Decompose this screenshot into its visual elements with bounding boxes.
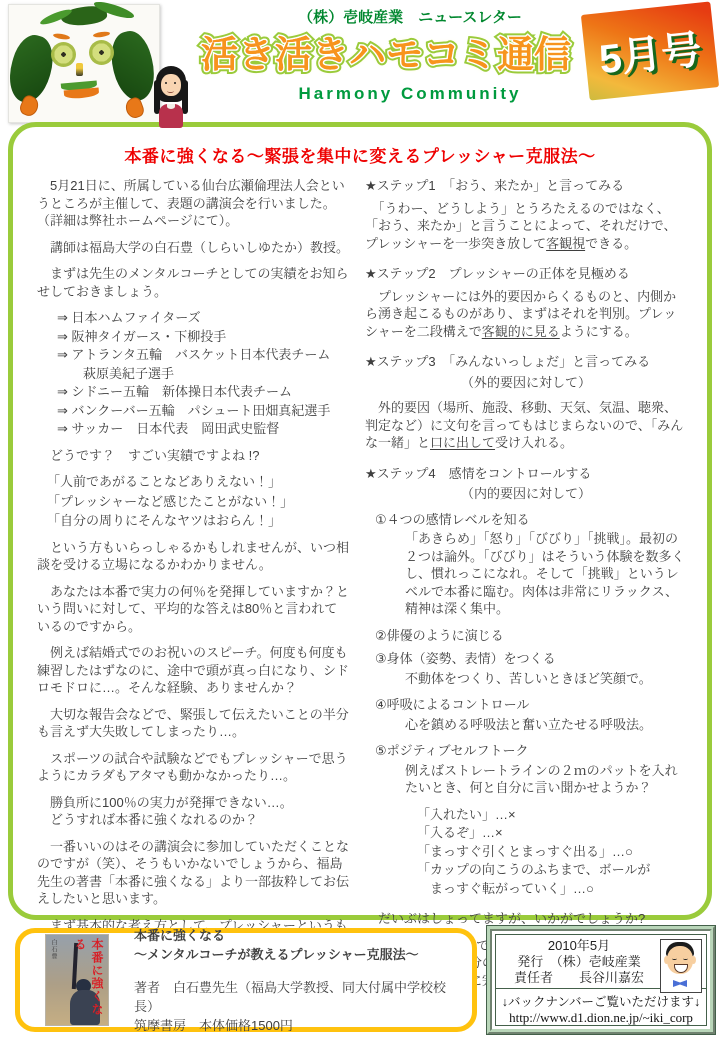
book-cover-author: 白石豊 <box>49 939 58 960</box>
newsletter-title: 活き活きハモコミ通信 活き活きハモコミ通信 活き活きハモコミ通信 <box>176 24 596 80</box>
woman-eye <box>165 82 167 84</box>
paragraph: 講師は福島大学の白石豊（しらいしゆたか）教授。 <box>37 239 349 257</box>
paragraph: どうすれば本番に強くなれるのか？ <box>37 811 349 829</box>
publisher-box-inner: 2010年5月 発行 （株）壱岐産業 責任者 長谷川嘉宏 ↓バックナンバーご覧い… <box>495 934 707 1026</box>
example-line: 「まっすぐ引くとまっすぐ出る」…○ <box>417 843 687 861</box>
book-price-line: 筑摩書房 本体価格1500円 <box>134 1016 462 1035</box>
quote-line: 「自分の周りにそんなヤツはおらん！」 <box>47 512 349 530</box>
article-right-column: ★ステップ1 「おう、来たか」と言ってみる 「うわー、どうしよう」とうろたえるの… <box>365 177 687 1005</box>
backnumber-note: ↓バックナンバーご覧いただけます↓ <box>498 992 704 1010</box>
backnumber-section: ↓バックナンバーご覧いただけます↓ http://www.d1.dion.ne.… <box>496 989 706 1026</box>
woman-avatar <box>152 66 190 128</box>
carrot-eyebrow-left <box>53 33 71 41</box>
book-cover-image: 本番に強くなる 白石豊 <box>46 935 108 1025</box>
achievement-item: ⇒ 日本ハムファイターズ <box>57 309 349 327</box>
example-line: まっすぐ転がっていく」…○ <box>417 880 687 898</box>
article-title: 本番に強くなる～緊張を集中に変えるプレッシャー克服法～ <box>23 142 697 167</box>
step-body-text: できる。 <box>585 236 637 251</box>
woman-mouth <box>167 89 174 93</box>
step-heading: ★ステップ1 「おう、来たか」と言ってみる <box>365 177 687 195</box>
underlined-text: 客観的に見る <box>482 324 560 339</box>
example-line: 「入るぞ」…× <box>417 824 687 842</box>
paragraph: どうです？ すごい実績ですよね !? <box>37 447 349 465</box>
numbered-item-heading: ①４つの感情レベルを知る <box>375 511 687 529</box>
example-line: 「カップの向こうのふちまで、ボールが <box>417 861 687 879</box>
numbered-item-heading: ③身体（姿勢、表情）をつくる <box>375 650 687 668</box>
step-body: 「うわー、どうしよう」とうろたえるのではなく、「おう、来たか」と言うことによって… <box>365 200 687 253</box>
numbered-item-body: 不動体をつくり、苦しいときほど笑顔で。 <box>405 670 687 688</box>
carrot-eyebrow-right <box>93 31 111 38</box>
vegetable-mouth-carrot <box>64 87 100 99</box>
achievement-item-sub: 萩原美紀子選手 <box>83 365 349 383</box>
numbered-item-heading: ④呼吸によるコントロール <box>375 696 687 714</box>
step-body: 外的要因（場所、施設、移動、天気、気温、聴衆、判定など）に文句を言ってもはじまら… <box>365 399 687 452</box>
publisher-box: 2010年5月 発行 （株）壱岐産業 責任者 長谷川嘉宏 ↓バックナンバーご覧い… <box>487 926 715 1034</box>
numbered-item-body: 「あきらめ」「怒り」「びびり」「挑戦」。最初の２つは論外。「びびり」はそういう体… <box>405 530 687 618</box>
kiwi-eye-left <box>51 42 76 67</box>
quote-block: 「人前であがることなどありえない！」 「プレッシャーなど感じたことがない！」 「… <box>37 473 349 530</box>
step-heading: ★ステップ3 「みんないっしょだ」と言ってみる <box>365 353 687 371</box>
numbered-item-heading: ⑤ポジティブセルフトーク <box>375 742 687 760</box>
book-promo-box: 本番に強くなる 白石豊 本番に強くなる ～メンタルコーチが教えるプレッシャー克服… <box>15 928 477 1032</box>
paragraph: 大切な報告会などで、緊張して伝えたいことの半分も言えず大失敗してしまったり…。 <box>37 706 349 741</box>
underlined-text: 客観視 <box>546 236 585 251</box>
vegetable-face-photo <box>8 4 160 123</box>
article-box: 本番に強くなる～緊張を集中に変えるプレッシャー克服法～ 5月21日に、所属してい… <box>8 122 712 920</box>
underlined-text: 口に出して <box>430 435 495 450</box>
paragraph: 一番いいのはその講演会に参加していただくことなのですが（笑）、そうもいかないでし… <box>37 838 349 908</box>
manager-line: 責任者 長谷川嘉宏 <box>500 970 658 986</box>
man-avatar <box>660 939 702 993</box>
step-subheading: （内的要因に対して） <box>461 485 687 503</box>
book-title: 本番に強くなる <box>134 926 462 945</box>
step-heading: ★ステップ2 プレッシャーの正体を見極める <box>365 265 687 283</box>
numbered-item-body: 例えばストレートラインの２ｍのパットを入れたいとき、何と自分に言い聞かせようか？ <box>405 762 687 797</box>
woman-eye <box>174 82 176 84</box>
achievement-list: ⇒ 日本ハムファイターズ ⇒ 阪神タイガース・下柳投手 ⇒ アトランタ五輪 バス… <box>37 309 349 438</box>
issue-date: 2010年5月 <box>500 938 658 954</box>
quote-line: 「プレッシャーなど感じたことがない！」 <box>47 493 349 511</box>
paragraph: 勝負所に100％の実力が発揮できない…。 <box>37 794 349 812</box>
quote-line: 「人前であがることなどありえない！」 <box>47 473 349 491</box>
numbered-item-body: 心を鎮める呼吸法と奮い立たせる呼吸法。 <box>405 716 687 734</box>
step-body: プレッシャーには外的要因からくるものと、内側から湧き起こるものがあり、まずはそれ… <box>365 288 687 341</box>
achievement-item: ⇒ シドニー五輪 新体操日本代表チーム <box>57 383 349 401</box>
man-bowtie <box>673 980 687 987</box>
backnumber-url[interactable]: http://www.d1.dion.ne.jp/~iki_corp <box>498 1010 704 1026</box>
book-author-line: 著者 白石豊先生（福島大学教授、同大付属中学校校長） <box>134 978 462 1016</box>
step-body-text: 受け入れる。 <box>495 435 573 450</box>
paragraph: という方もいらっしゃるかもしれませんが、いつ相談を受ける立場になるかわかりません… <box>37 539 349 574</box>
book-cover-title: 本番に強くなる <box>72 938 106 1025</box>
achievement-item: ⇒ バンクーバー五輪 パシュート田畑真紀選手 <box>57 402 349 420</box>
woman-hair-strand <box>182 80 188 114</box>
paragraph: 5月21日に、所属している仙台広瀬倫理法人会というところが主催して、表題の講演会… <box>37 177 349 230</box>
example-line: 「入れたい」…× <box>417 806 687 824</box>
article-left-column: 5月21日に、所属している仙台広瀬倫理法人会というところが主催して、表題の講演会… <box>37 177 349 1005</box>
man-eye <box>683 957 688 960</box>
achievement-item: ⇒ サッカー 日本代表 岡田武史監督 <box>57 420 349 438</box>
book-subtitle: ～メンタルコーチが教えるプレッシャー克服法～ <box>134 945 462 964</box>
step-subheading: （外的要因に対して） <box>461 374 687 392</box>
article-columns: 5月21日に、所属している仙台広瀬倫理法人会というところが主催して、表題の講演会… <box>13 175 707 1005</box>
kiwi-eye-right <box>89 40 114 65</box>
newsletter-title-text: 活き活きハモコミ通信 <box>176 24 596 78</box>
paragraph: 例えば結婚式でのお祝いのスピーチ。何度も何度も練習したはずなのに、途中で頭が真っ… <box>37 644 349 697</box>
achievement-item: ⇒ アトランタ五輪 バスケット日本代表チーム <box>57 346 349 364</box>
newsletter-subtitle: Harmony Community <box>220 84 600 104</box>
publisher-line: 発行 （株）壱岐産業 <box>500 954 658 970</box>
vegetable-nose <box>76 63 83 76</box>
paragraph: あなたは本番で実力の何％を発揮していますか？という問いに対して、平均的な答えは8… <box>37 583 349 636</box>
achievement-item: ⇒ 阪神タイガース・下柳投手 <box>57 328 349 346</box>
numbered-item-heading: ②俳優のように演じる <box>375 627 687 645</box>
man-eye <box>672 957 677 960</box>
newsletter-page: （株）壱岐産業 ニュースレター 活き活きハモコミ通信 活き活きハモコミ通信 活き… <box>0 0 720 1040</box>
book-info: 本番に強くなる ～メンタルコーチが教えるプレッシャー克服法～ 著者 白石豊先生（… <box>134 926 462 1035</box>
paragraph: まずは先生のメンタルコーチとしての実績をお知らせしておきましょう。 <box>37 265 349 300</box>
paragraph: スポーツの試合や試験などでもプレッシャーで思うようにカラダもアタマも動かなかった… <box>37 750 349 785</box>
step-heading: ★ステップ4 感情をコントロールする <box>365 465 687 483</box>
issue-badge: 5月号 <box>581 1 719 100</box>
woman-collar <box>167 104 175 109</box>
step-body-text: ようにする。 <box>560 324 638 339</box>
